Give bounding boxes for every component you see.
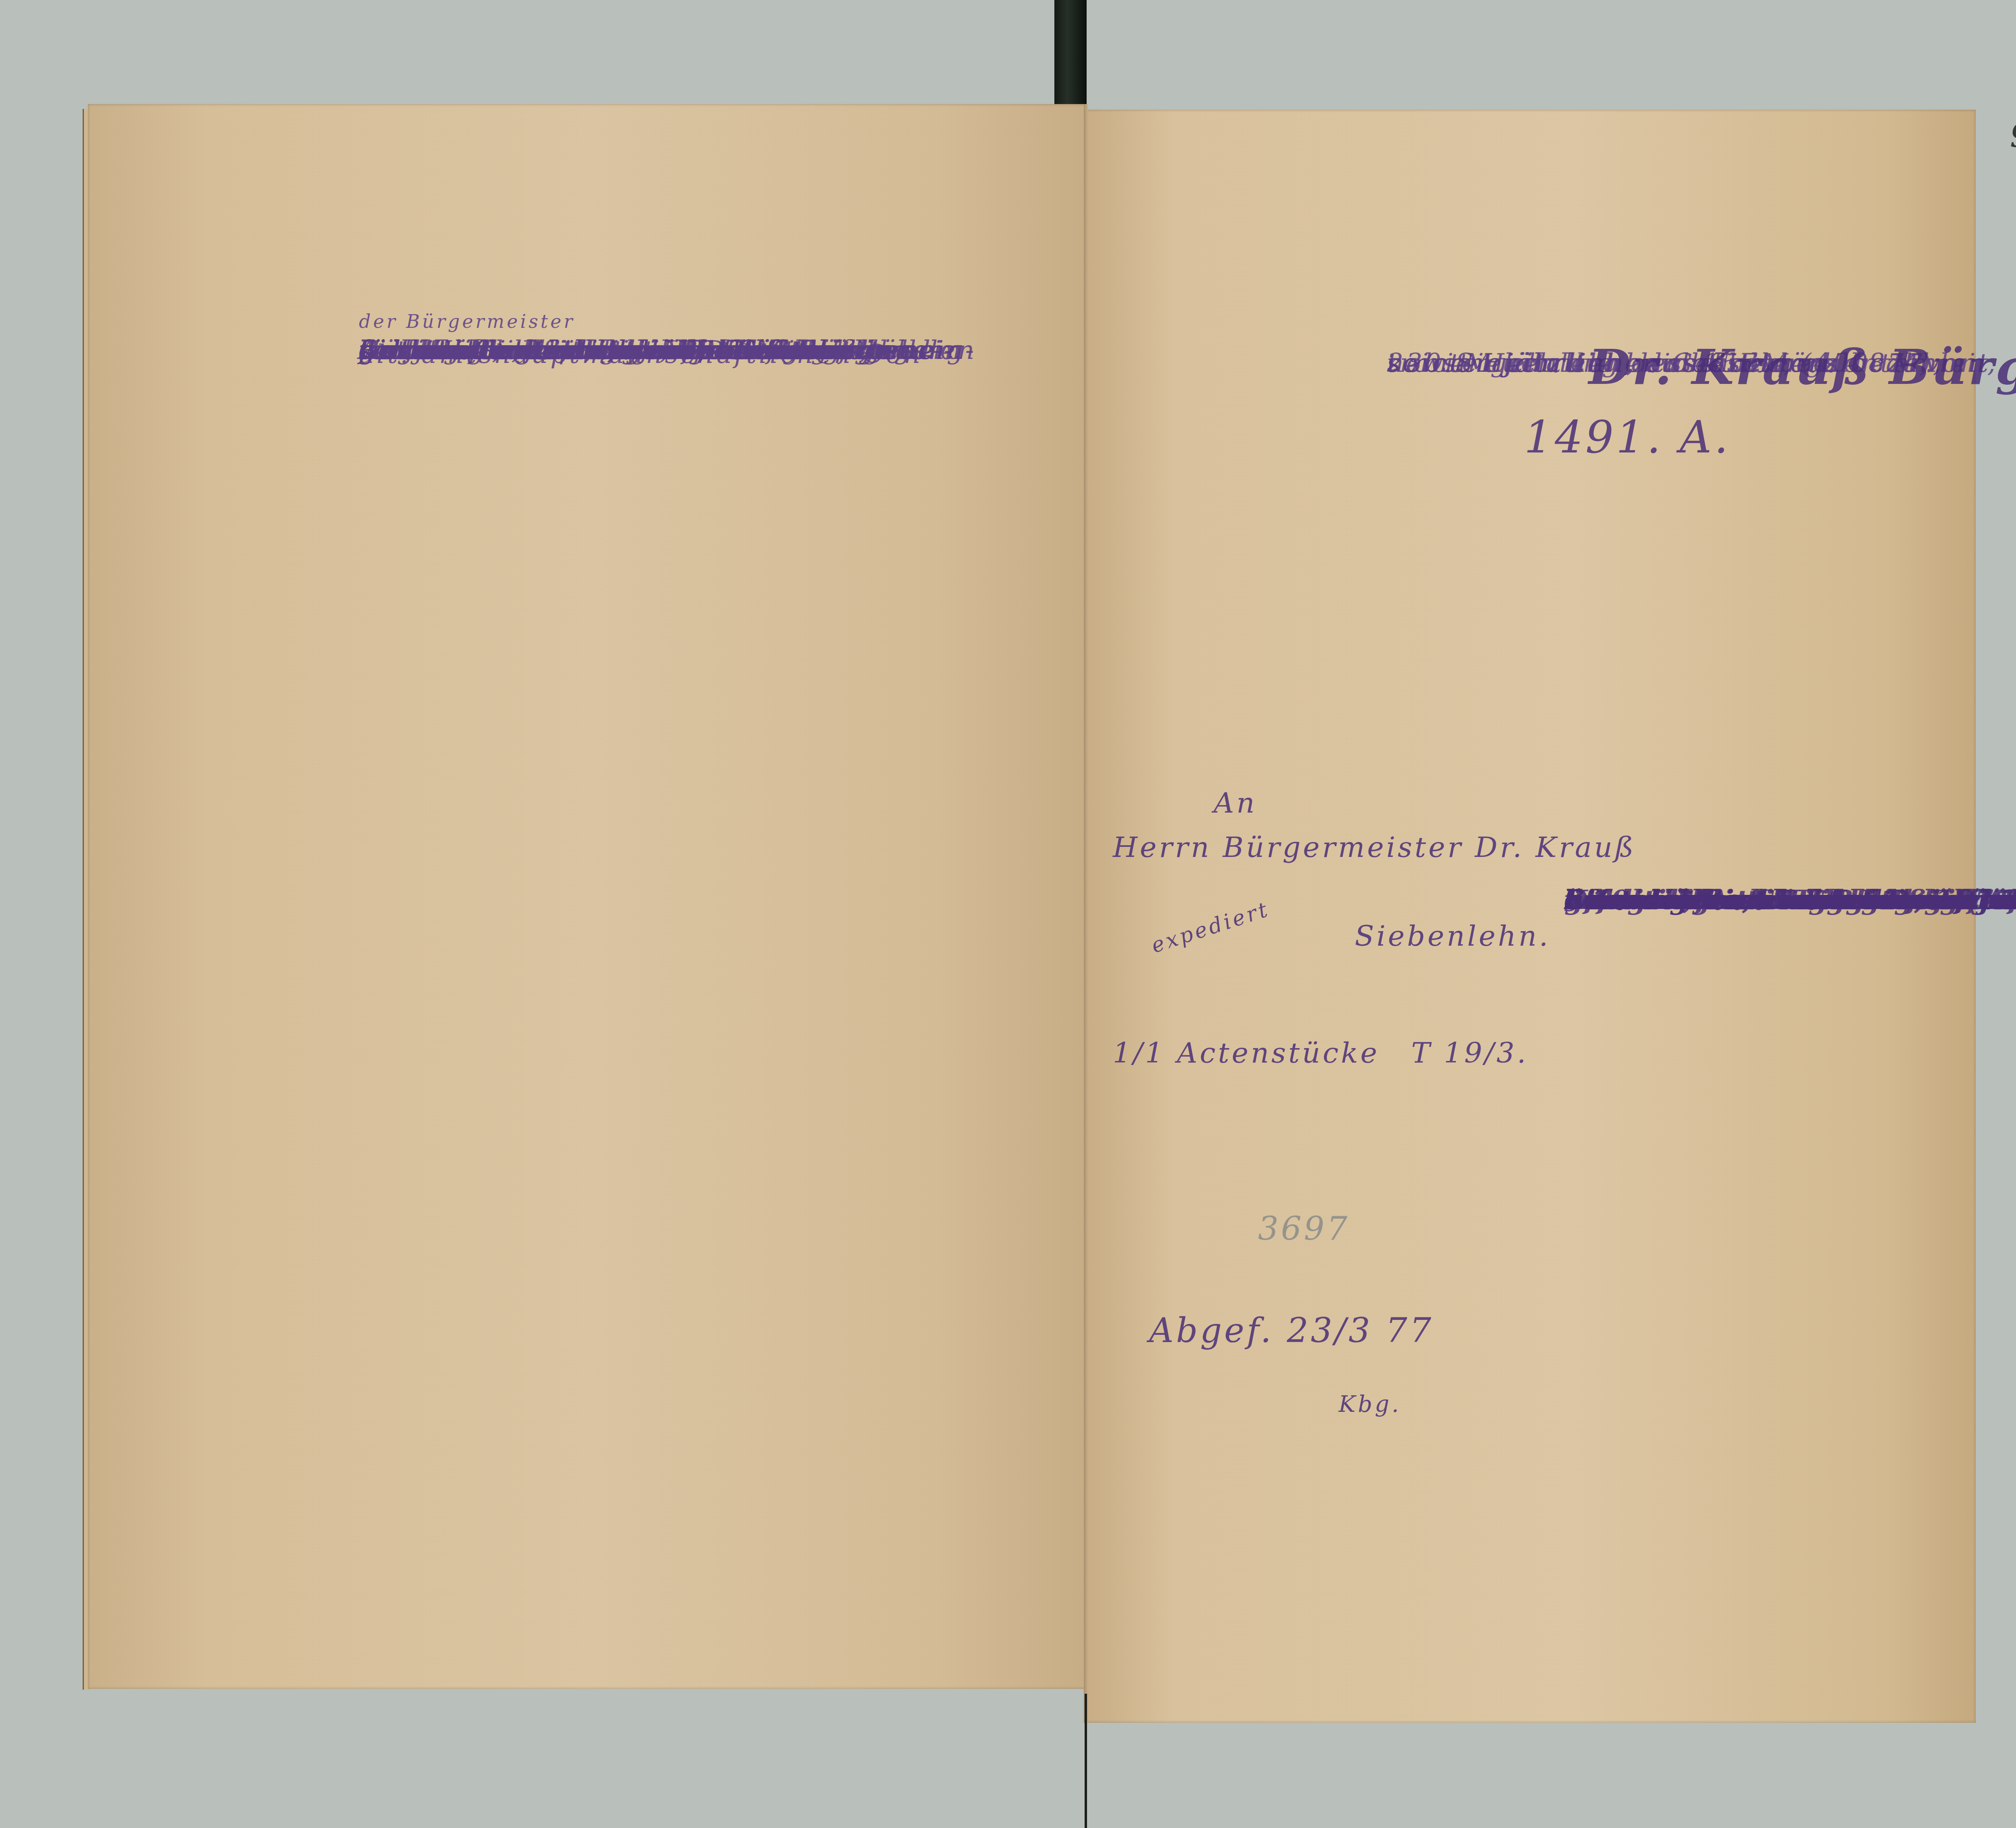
dispatch-note: Abgef. 23/3 77 xyxy=(1149,1311,1434,1350)
recipient-place: Siebenlehn. xyxy=(1355,919,1550,953)
initial-note: T 19/3. xyxy=(1411,1036,1528,1069)
enclosure-note: 1/1 Actenstücke xyxy=(1113,1036,1379,1069)
left-page-text: wöchentlich nur zweimal erscheinenden An… xyxy=(359,319,1085,339)
signature: Dr. Krauß Bürgermeister. xyxy=(1589,339,2016,419)
text-line: alt. amtshauptmannschaftlichen Con- xyxy=(359,323,934,386)
file-number: 1491. A. xyxy=(1524,411,2016,463)
pencil-number: 3697 xyxy=(1258,1210,1350,1247)
recipient: Herrn Bürgermeister Dr. Krauß xyxy=(1113,831,1636,864)
salutation: An xyxy=(1214,786,1257,819)
book-gutter xyxy=(1084,104,1088,1723)
binding-spine xyxy=(1054,0,1087,106)
right-page-text: tracte gehalten, das Sitzungslocal von s… xyxy=(1387,331,2016,463)
page-number: 9 xyxy=(2010,117,2016,154)
binding-edge xyxy=(1085,1694,1087,1828)
note-line: Kenntniß zu bringen. xyxy=(1564,871,1916,929)
clerk-initials: Kbg. xyxy=(1339,1391,1401,1417)
